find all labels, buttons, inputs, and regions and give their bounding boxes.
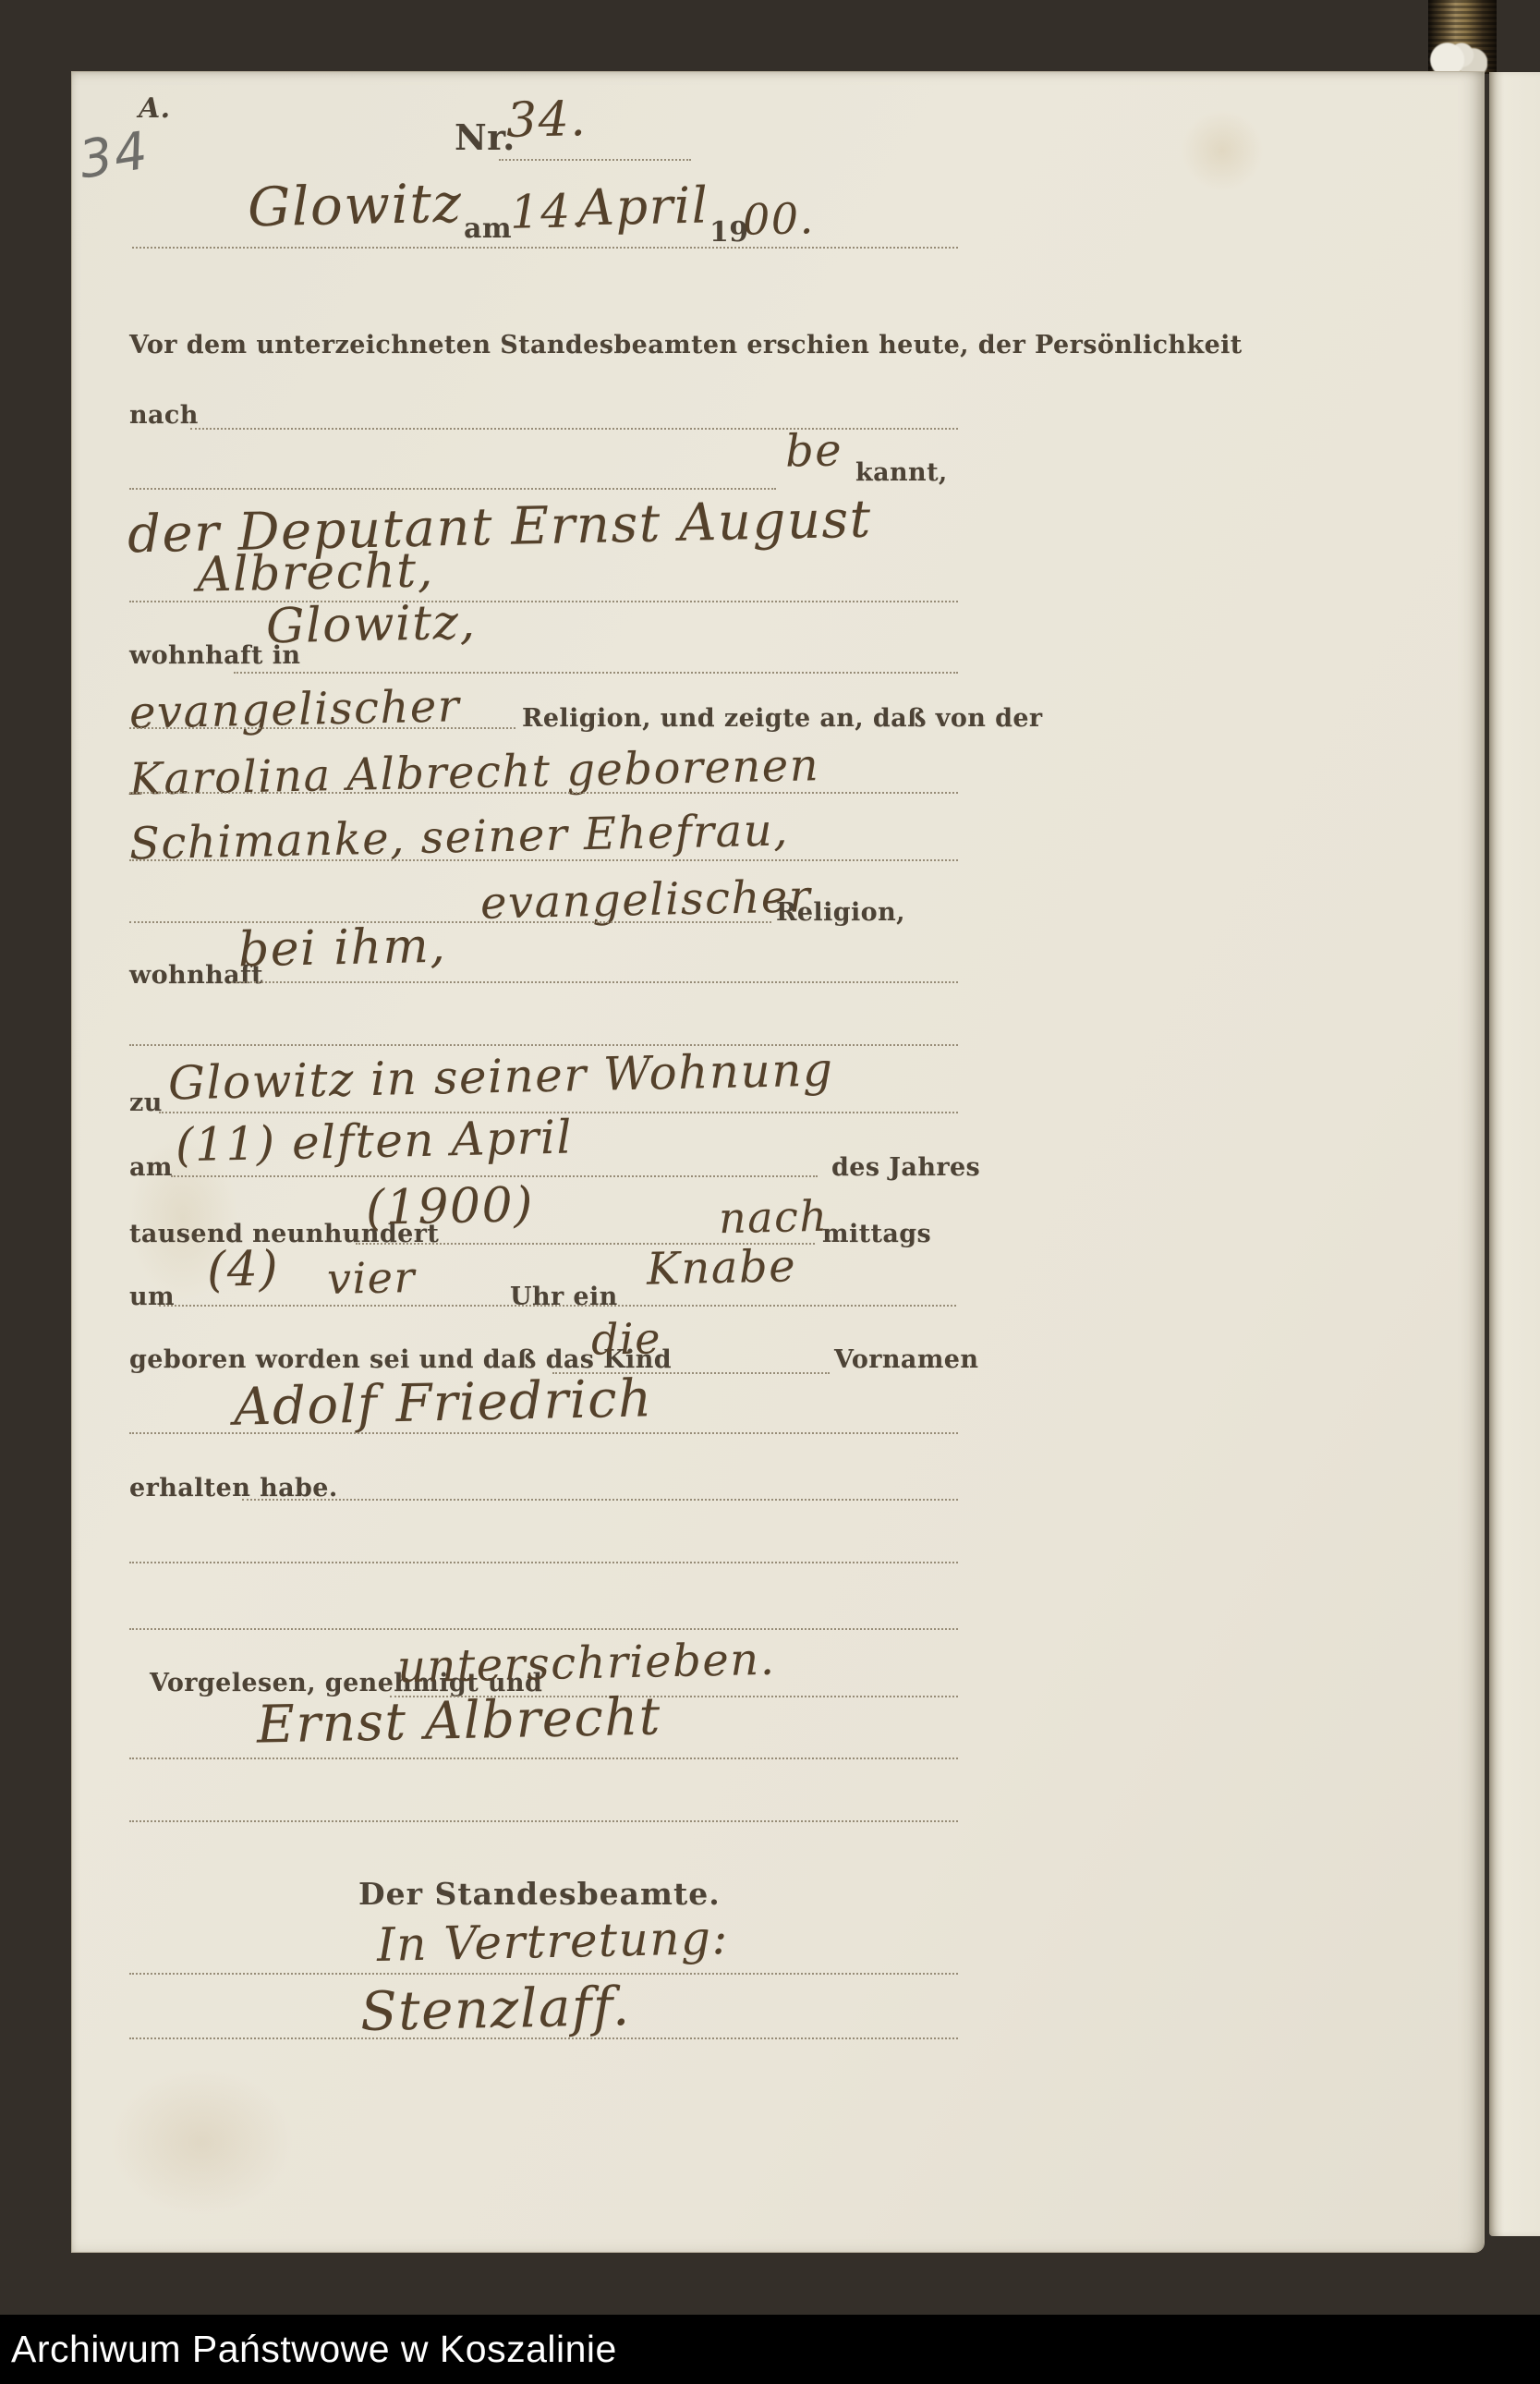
dotted-rule bbox=[129, 1562, 958, 1563]
dotted-rule bbox=[231, 981, 958, 983]
registrar-deputy-hw: In Vertretung: bbox=[376, 1911, 729, 1972]
certificate-page: A. 34 Nr. 34. Glowitz am 14. April 19 00… bbox=[72, 72, 1484, 2252]
dotted-rule bbox=[234, 672, 958, 674]
archive-caption-bar: Archiwum Państwowe w Koszalinie bbox=[0, 2315, 1540, 2384]
birth-day: (11) elften April bbox=[175, 1111, 573, 1173]
registrar-title: Der Standesbeamte. bbox=[358, 1876, 721, 1912]
dotted-rule bbox=[129, 1758, 958, 1759]
known-printed: kannt, bbox=[855, 458, 948, 487]
declarant-religion-printed: Religion, und zeigte an, daß von der bbox=[522, 704, 1043, 733]
dotted-rule bbox=[499, 159, 691, 161]
birth-am-label: am bbox=[129, 1153, 173, 1182]
declarant-line2: Albrecht, bbox=[196, 542, 434, 602]
dotted-rule bbox=[129, 488, 776, 490]
paper-stain bbox=[1181, 109, 1264, 192]
dateline-place: Glowitz bbox=[247, 172, 463, 239]
dotted-rule bbox=[129, 727, 515, 729]
paper-stain bbox=[109, 2068, 294, 2216]
dotted-rule bbox=[129, 1973, 958, 1975]
dateline-year-written: 00. bbox=[742, 193, 815, 245]
dotted-rule bbox=[129, 2037, 958, 2039]
dotted-rule bbox=[132, 247, 958, 249]
birth-jahres-label: des Jahres bbox=[831, 1153, 980, 1182]
dotted-rule bbox=[129, 1432, 958, 1434]
dotted-rule bbox=[129, 859, 958, 861]
birth-hour-word: vier bbox=[326, 1252, 416, 1304]
declarant-religion-hw: evangelischer bbox=[128, 680, 460, 738]
closing-hw: unterschrieben. bbox=[396, 1634, 775, 1694]
mother-religion-printed: Religion, bbox=[776, 898, 905, 927]
birth-um-label: um bbox=[129, 1283, 175, 1311]
archive-caption: Archiwum Państwowe w Koszalinie bbox=[11, 2328, 617, 2371]
known-handwritten: be bbox=[784, 424, 843, 477]
birth-place: Glowitz in seiner Wohnung bbox=[167, 1042, 834, 1110]
intro-nach-label: nach bbox=[129, 401, 199, 430]
dotted-rule bbox=[129, 792, 958, 794]
dotted-rule bbox=[129, 921, 771, 923]
birth-names-hw: Adolf Friedrich bbox=[233, 1368, 653, 1437]
birth-uhr-label: Uhr ein bbox=[510, 1283, 618, 1311]
birth-die-hw: die bbox=[590, 1313, 661, 1365]
closing-signature: Ernst Albrecht bbox=[256, 1686, 661, 1755]
next-page-edge bbox=[1489, 72, 1540, 2236]
dotted-rule bbox=[129, 1628, 958, 1630]
record-number-value: 34. bbox=[505, 91, 587, 149]
birth-hour-paren: (4) bbox=[206, 1241, 279, 1298]
pencil-number: 34 bbox=[75, 121, 153, 191]
dateline-month: April bbox=[577, 176, 709, 237]
dateline-day: 14. bbox=[509, 184, 588, 239]
dateline-am-label: am bbox=[464, 213, 512, 245]
intro-line1: Vor dem unterzeichneten Standesbeamten e… bbox=[129, 331, 1243, 359]
dotted-rule bbox=[171, 1175, 818, 1177]
dotted-rule bbox=[159, 1305, 956, 1307]
mother-name-line1: Karolina Albrecht geborenen bbox=[128, 739, 819, 806]
dotted-rule bbox=[129, 601, 958, 602]
scan-background: A. 34 Nr. 34. Glowitz am 14. April 19 00… bbox=[0, 0, 1540, 2384]
dotted-rule bbox=[129, 1820, 958, 1822]
binding-thread bbox=[1430, 43, 1487, 74]
birth-zu-label: zu bbox=[129, 1089, 163, 1117]
dotted-rule bbox=[129, 1044, 958, 1046]
birth-mittags-label: mittags bbox=[822, 1220, 931, 1248]
registrar-signature-hw: Stenzlaff. bbox=[359, 1975, 631, 2043]
birth-sex-hw: Knabe bbox=[646, 1240, 796, 1295]
birth-daytime-hw: nach bbox=[718, 1191, 829, 1243]
mother-residence: bei ihm, bbox=[237, 918, 446, 979]
dotted-rule bbox=[242, 1499, 958, 1501]
birth-year-hw: (1900) bbox=[365, 1177, 534, 1236]
declarant-residence: Glowitz, bbox=[265, 595, 477, 655]
dotted-rule bbox=[190, 428, 958, 430]
birth-vornamen-label: Vornamen bbox=[834, 1345, 978, 1374]
